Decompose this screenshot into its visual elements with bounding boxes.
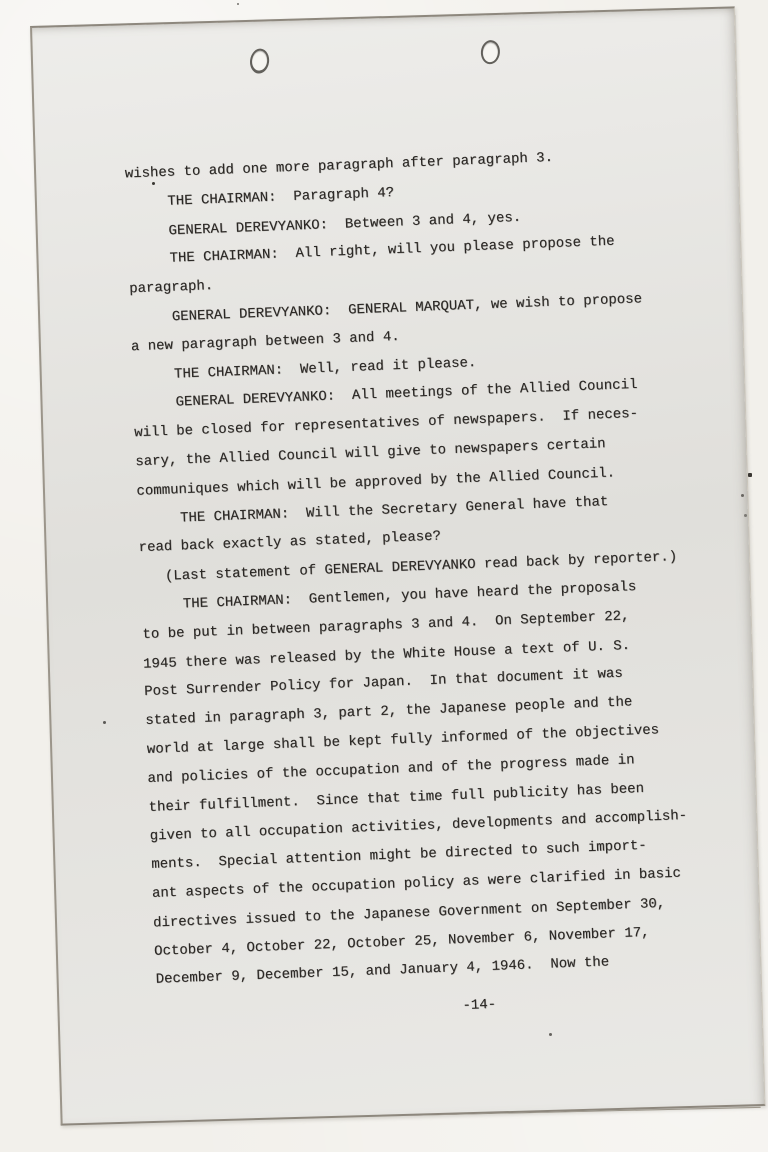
scan-speck	[744, 514, 747, 517]
punch-hole-right	[480, 39, 501, 65]
punch-hole-left	[249, 47, 271, 74]
scan-speck	[748, 473, 752, 477]
scan-speck	[237, 3, 239, 5]
scan-speck	[549, 1033, 552, 1036]
scan-speck	[152, 182, 155, 185]
document-page: wishes to add one more paragraph after p…	[30, 6, 765, 1125]
scan-speck	[741, 494, 744, 497]
scan-background: wishes to add one more paragraph after p…	[0, 0, 768, 1152]
typewritten-text: wishes to add one more paragraph after p…	[124, 140, 695, 1033]
scan-speck	[103, 721, 106, 724]
